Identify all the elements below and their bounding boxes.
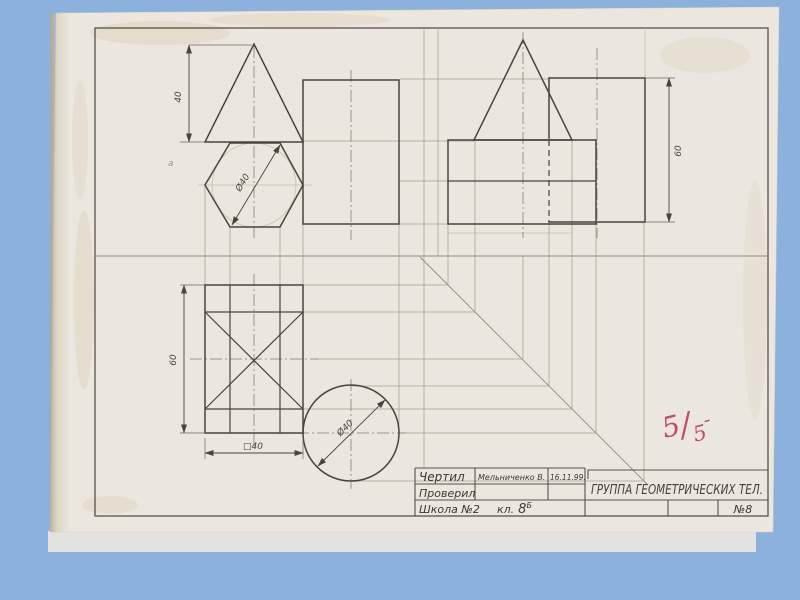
drew-label: Чертил [419,470,465,484]
paper [50,7,779,532]
school-name: Школа №2 [419,503,480,516]
dimension-plan-width: □40 [243,442,263,452]
project-title: ГРУППА ГЕОМЕТРИЧЕСКИХ ТЕЛ. [591,482,763,498]
pencil-mark: a [168,159,174,169]
class-label: кл. [497,503,514,516]
paper-curled-edge [50,13,70,532]
class-letter: Б [526,501,532,510]
dimension-cone-height: 40 [174,91,184,103]
slide: 40 Ø40 60 □40 Ø40 60 a Чер [0,0,800,600]
checked-label: Проверил [419,487,475,500]
scan-shadow-strip [48,531,756,552]
drew-name: Мельниченко В. [478,473,545,482]
scanned-drawing-sheet: 40 Ø40 60 □40 Ø40 60 a Чер [0,0,800,600]
dimension-side-height: 60 [674,145,684,157]
drawing-date: 16.11.99. [550,473,586,482]
dimension-plan-height: 60 [169,354,179,366]
class-number: 8 [518,502,526,517]
sheet-number: №8 [733,503,752,516]
